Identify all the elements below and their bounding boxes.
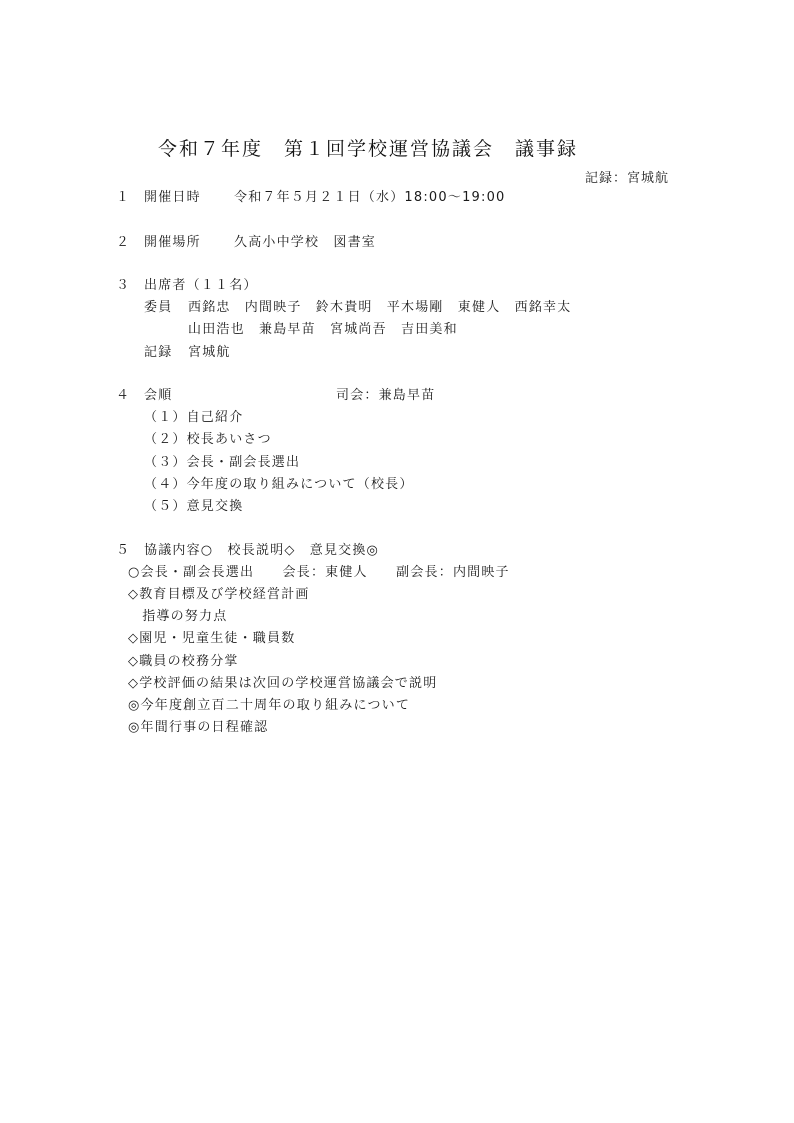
section-number: ２ bbox=[116, 235, 144, 251]
section-label: 開催日時 bbox=[144, 190, 234, 206]
members-label: 委員 bbox=[144, 300, 188, 316]
agenda-item: （２）校長あいさつ bbox=[144, 432, 272, 448]
discussion-item: ◎今年度創立百二十周年の取り組みについて bbox=[128, 698, 410, 714]
chairperson: 司会：兼島早苗 bbox=[336, 388, 435, 403]
section-label: 協議内容○ 校長説明◇ 意見交換◎ bbox=[144, 543, 379, 558]
members-list-line-2: 山田浩也 兼島早苗 宮城尚吾 吉田美和 bbox=[188, 322, 458, 337]
discussion-item: ◇園児・児童生徒・職員数 bbox=[128, 631, 295, 647]
section-3-attendees: ３出席者（１１名） bbox=[116, 278, 258, 294]
discussion-item: ◇職員の校務分掌 bbox=[128, 654, 239, 670]
recorder-name: 宮城航 bbox=[188, 345, 231, 360]
agenda-item: （１）自己紹介 bbox=[144, 410, 243, 426]
section-1-datetime: １開催日時令和７年５月２１日（水）18:00～19:00 bbox=[116, 190, 506, 206]
section-number: １ bbox=[116, 190, 144, 206]
section-number: ５ bbox=[116, 543, 144, 559]
agenda-item: （５）意見交換 bbox=[144, 499, 243, 515]
discussion-item: 指導の努力点 bbox=[128, 609, 227, 625]
discussion-item: ◇教育目標及び学校経営計画 bbox=[128, 587, 310, 603]
section-number: ４ bbox=[116, 388, 144, 404]
section-label: 出席者（１１名） bbox=[144, 278, 258, 293]
recorder-label: 記録 bbox=[144, 345, 188, 361]
discussion-item: ◇学校評価の結果は次回の学校運営協議会で説明 bbox=[128, 676, 437, 692]
document-title: 令和７年度 第１回学校運営協議会 議事録 bbox=[158, 134, 578, 161]
document-page: 令和７年度 第１回学校運営協議会 議事録 記録：宮城航 １開催日時令和７年５月２… bbox=[0, 0, 794, 1123]
meeting-venue: 久高小中学校 図書室 bbox=[234, 235, 376, 250]
section-2-venue: ２開催場所久高小中学校 図書室 bbox=[116, 235, 376, 251]
agenda-item: （４）今年度の取り組みについて（校長） bbox=[144, 477, 414, 493]
attendee-members-row-2: 山田浩也 兼島早苗 宮城尚吾 吉田美和 bbox=[188, 322, 458, 338]
discussion-item: ○会長・副会長選出 会長：東健人 副会長：内間映子 bbox=[128, 565, 510, 581]
recorder-note: 記録：宮城航 bbox=[585, 167, 669, 186]
attendee-recorder-row: 記録宮城航 bbox=[144, 345, 231, 361]
section-4-agenda: ４会順司会：兼島早苗 bbox=[116, 388, 435, 404]
section-label: 開催場所 bbox=[144, 235, 234, 251]
meeting-datetime: 令和７年５月２１日（水）18:00～19:00 bbox=[234, 190, 506, 205]
attendee-members-row-1: 委員西銘忠 内間映子 鈴木貴明 平木場剛 東健人 西銘幸太 bbox=[144, 300, 571, 316]
agenda-item: （３）会長・副会長選出 bbox=[144, 455, 300, 471]
section-label: 会順 bbox=[144, 388, 336, 404]
members-list-line-1: 西銘忠 内間映子 鈴木貴明 平木場剛 東健人 西銘幸太 bbox=[188, 300, 571, 315]
section-5-discussion: ５協議内容○ 校長説明◇ 意見交換◎ bbox=[116, 543, 379, 559]
section-number: ３ bbox=[116, 278, 144, 294]
discussion-item: ◎年間行事の日程確認 bbox=[128, 720, 268, 736]
